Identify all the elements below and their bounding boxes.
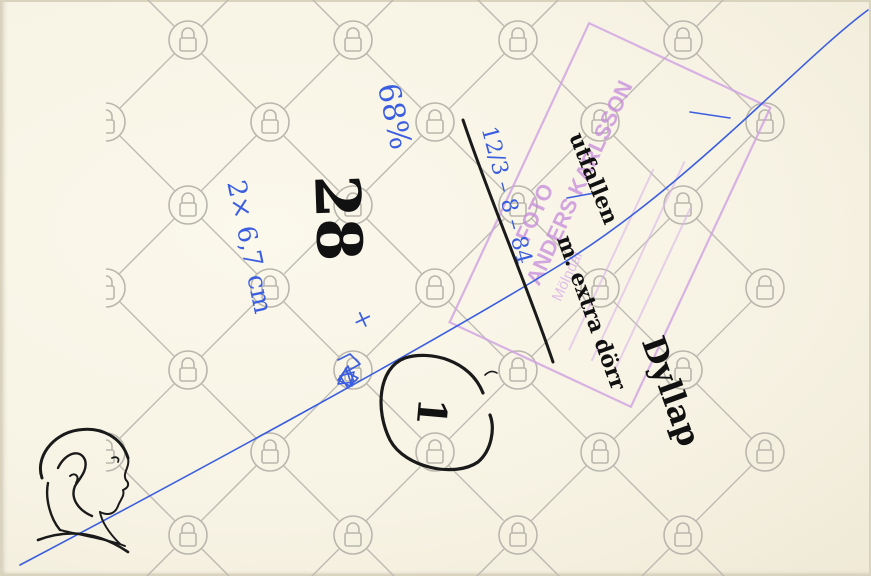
watermark-grid [119,0,751,576]
profile-portrait-icon [38,429,128,552]
black-signature: Dyllap [634,331,709,451]
lock-icon [416,103,454,141]
lock-icon [251,103,289,141]
photo-surface: FOTO ANDERS KARLSSON Mölndal 68% 2× 6,7 … [0,0,871,576]
svg-text:m. extra dörr: m. extra dörr [551,232,631,394]
svg-text:1: 1 [407,396,456,428]
svg-text:68%: 68% [370,80,418,153]
lock-icon [87,103,125,141]
blue-note-percent: 68% [370,80,418,153]
photo-back: FOTO ANDERS KARLSSON Mölndal 68% 2× 6,7 … [0,0,871,576]
lock-icon [169,516,207,554]
black-number-28: 28 [300,174,376,263]
svg-text:×: × [350,305,376,335]
black-word-extra-door: m. extra dörr [551,232,631,394]
svg-text:Dyllap: Dyllap [634,331,709,451]
lock-icon [334,516,372,554]
svg-text:2× 6,7 cm: 2× 6,7 cm [220,178,278,317]
lock-icon [746,433,784,471]
svg-text:28: 28 [300,174,376,263]
blue-note-dimension: 2× 6,7 cm [220,178,278,317]
lock-icon [664,516,702,554]
lock-icon [87,433,125,471]
lock-icon [746,269,784,307]
lock-icon [581,433,619,471]
lock-icon [334,21,372,59]
lock-icon [169,186,207,224]
lock-icon [416,269,454,307]
lock-icon [664,21,702,59]
lock-icon [87,269,125,307]
blue-multiplier: × [350,305,376,335]
lock-icon [169,351,207,389]
lock-icon [499,516,537,554]
lock-icon [746,103,784,141]
lock-icon [499,21,537,59]
lock-icon [169,21,207,59]
lock-icon [499,351,537,389]
